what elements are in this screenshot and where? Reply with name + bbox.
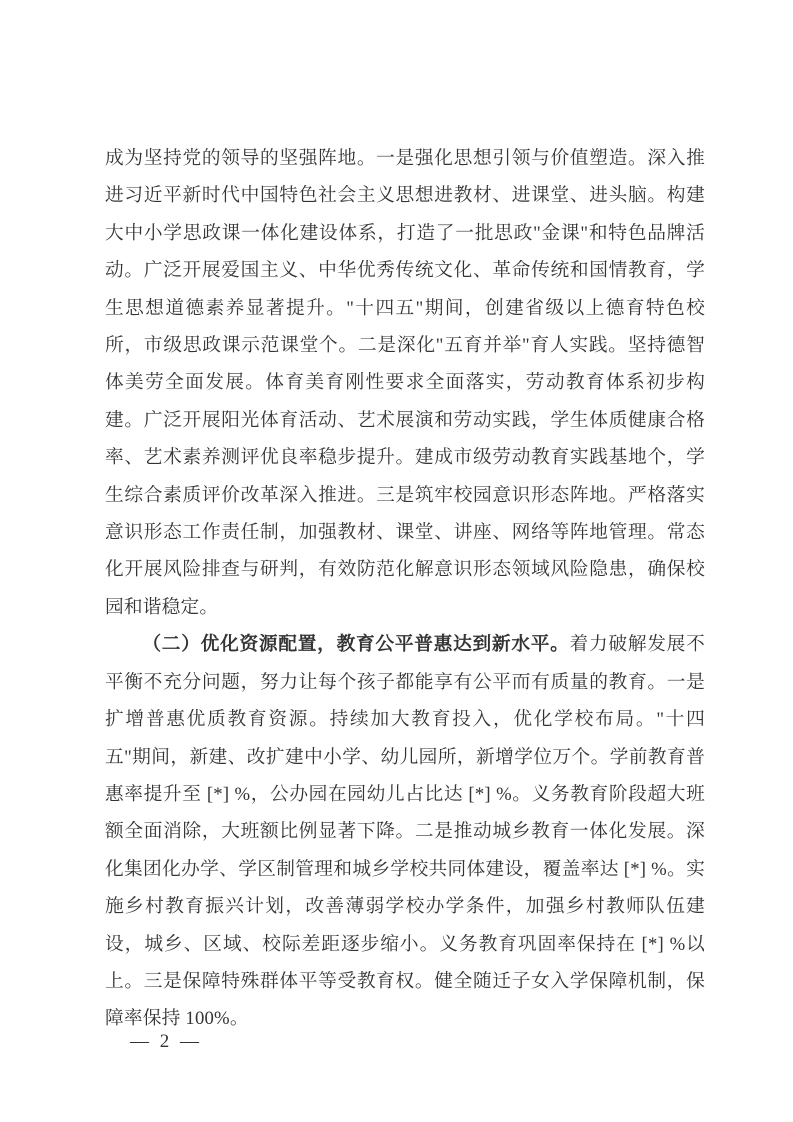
page-number: — 2 —	[130, 1030, 202, 1054]
document-page: 成为坚持党的领导的坚强阵地。一是强化思想引领与价值塑造。深入推进习近平新时代中国…	[0, 0, 793, 1122]
paragraph-section-2: （二）优化资源配置，教育公平普惠达到新水平。着力破解发展不平衡不充分问题，努力让…	[105, 626, 705, 1037]
paragraph-text: 成为坚持党的领导的坚强阵地。一是强化思想引领与价值塑造。深入推进习近平新时代中国…	[105, 148, 705, 618]
paragraph-text: 着力破解发展不平衡不充分问题，努力让每个孩子都能享有公平而有质量的教育。一是扩增…	[105, 634, 705, 1029]
section-heading: （二）优化资源配置，教育公平普惠达到新水平。	[142, 634, 569, 655]
body-text: 成为坚持党的领导的坚强阵地。一是强化思想引领与价值塑造。深入推进习近平新时代中国…	[105, 140, 705, 1038]
paragraph-continuation: 成为坚持党的领导的坚强阵地。一是强化思想引领与价值塑造。深入推进习近平新时代中国…	[105, 140, 705, 626]
